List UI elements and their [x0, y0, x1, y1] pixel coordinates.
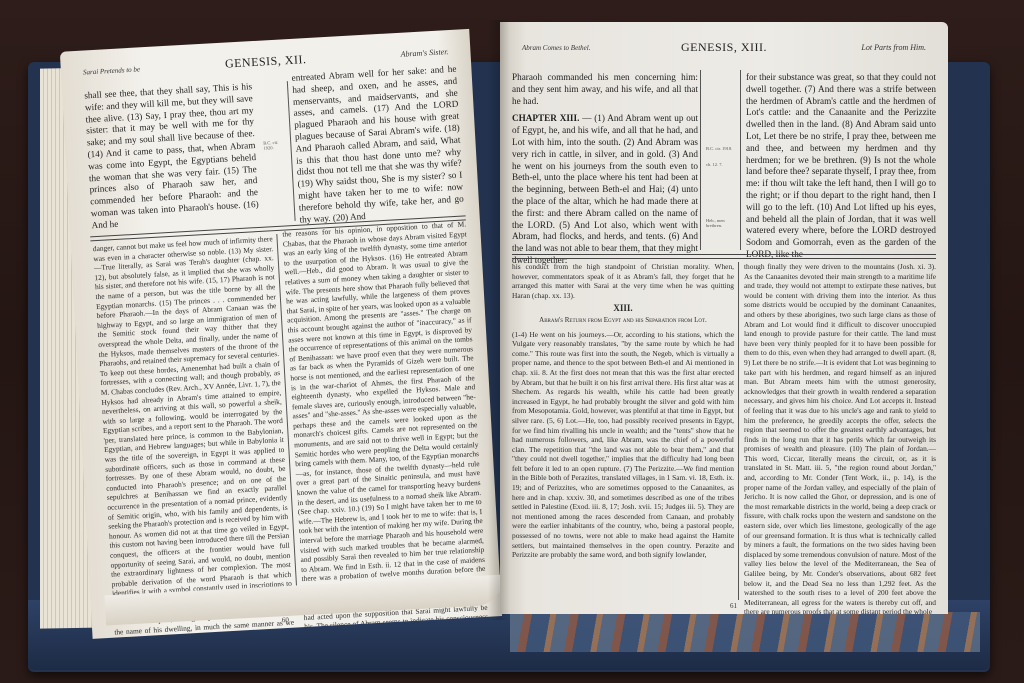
margin-note-1: B.C. cir. 1918. [706, 146, 734, 151]
right-page: Abram Comes to Bethel. GENESIS, XIII. Lo… [500, 22, 948, 614]
scripture-column-2: for their substance was great, so that t… [746, 72, 936, 252]
page-number: 60 [282, 616, 289, 624]
page-title: GENESIS, XIII. [681, 40, 767, 55]
column-rule [700, 70, 701, 250]
margin-note-2: ch. 12. 7. [706, 162, 734, 167]
margin-note-3: Heb., men brethren. [706, 218, 736, 228]
page-title: GENESIS, XII. [225, 52, 307, 72]
margin-note: B.C. cir. 1920. [263, 139, 286, 150]
page-number: 61 [730, 602, 737, 610]
left-page: Sarai Pretends to be GENESIS, XII. Abram… [60, 29, 502, 639]
scripture-column-1: shall see thee, that they shall say, Thi… [84, 81, 260, 232]
commentary-intro: his conduct from the high standpoint of … [512, 262, 734, 300]
running-head-left: Abram Comes to Bethel. [522, 44, 590, 52]
running-head-right: Lot Parts from Him. [861, 43, 926, 52]
right-running-head: Abram Comes to Bethel. GENESIS, XIII. Lo… [500, 40, 948, 58]
chapter-label: CHAPTER XIII. [512, 113, 579, 123]
scripture-intro: Pharaoh commanded his men concerning him… [512, 72, 698, 106]
commentary-column-2: the reasons for his opinion, in oppositi… [282, 219, 487, 615]
section-divider [512, 254, 936, 259]
scripture-column-2: entreated Abram well for her sake: and h… [291, 64, 464, 223]
running-head-left: Sarai Pretends to be [83, 65, 140, 76]
commentary-text: (1-4) He went on his journeys.—Or, accor… [512, 330, 734, 560]
section-subheading: Abram's Return from Egypt and his Separa… [512, 316, 734, 326]
scripture-text: — (1) And Abram went up out of Egypt, he… [512, 113, 698, 265]
running-head-right: Abram's Sister. [400, 47, 448, 59]
marbled-page-edge [510, 612, 980, 652]
commentary-column-1: his conduct from the high standpoint of … [512, 262, 734, 600]
section-heading: XIII. [512, 304, 734, 314]
column-rule [738, 262, 739, 600]
commentary-column-2: though finally they were driven to the m… [744, 262, 936, 600]
scripture-column-1: Pharaoh commanded his men concerning him… [512, 72, 698, 252]
commentary-column-1: danger, cannot but make us feel how much… [93, 234, 294, 625]
book-gutter [488, 20, 510, 620]
column-rule [740, 70, 741, 250]
